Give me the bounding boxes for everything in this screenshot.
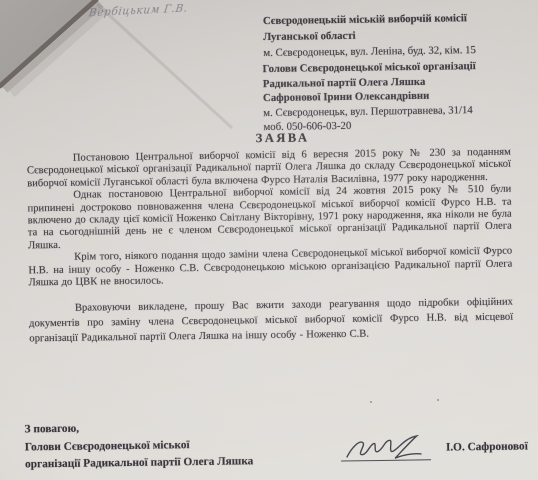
- recipient-address: м. Сєвєродонецьк, вул. Леніна, буд. 32, …: [263, 42, 476, 61]
- handwritten-note: Вербіцьким Г.В.: [88, 0, 259, 20]
- recipient-commission: Сєвєродонецькій міській виборчій комісії: [263, 10, 476, 29]
- recipient-block: Сєвєродонецькій міській виборчій комісії…: [263, 10, 476, 61]
- sender-block: Голови Сєвєродонецької міської організац…: [263, 59, 477, 135]
- closing-block: З повагою, Голови Сєвєродонецької місько…: [25, 418, 254, 474]
- document-page: Вербіцьким Г.В. Сєвєродонецькій міській …: [0, 0, 538, 480]
- signature-ink: [339, 434, 437, 463]
- document-body: Постановою Центральної виборчої комісії …: [27, 147, 514, 347]
- paragraph-3: Крім того, ніякого подання щодо заміни ч…: [28, 246, 512, 290]
- sender-position: Голови Сєвєродонецької міської організац…: [263, 59, 476, 77]
- closing-position-2: організації Радикальної партії Олега Ляш…: [25, 453, 253, 474]
- document-photo: Вербіцьким Г.В. Сєвєродонецькій міській …: [0, 0, 538, 480]
- paragraph-2: Однак постановою Центральної виборчої ко…: [27, 184, 512, 253]
- document-title: ЗАЯВА: [0, 127, 538, 150]
- paragraph-4: Враховуючи викладене, прошу Вас вжити за…: [29, 296, 514, 347]
- signee-name: І.О. Сафронової: [446, 440, 528, 453]
